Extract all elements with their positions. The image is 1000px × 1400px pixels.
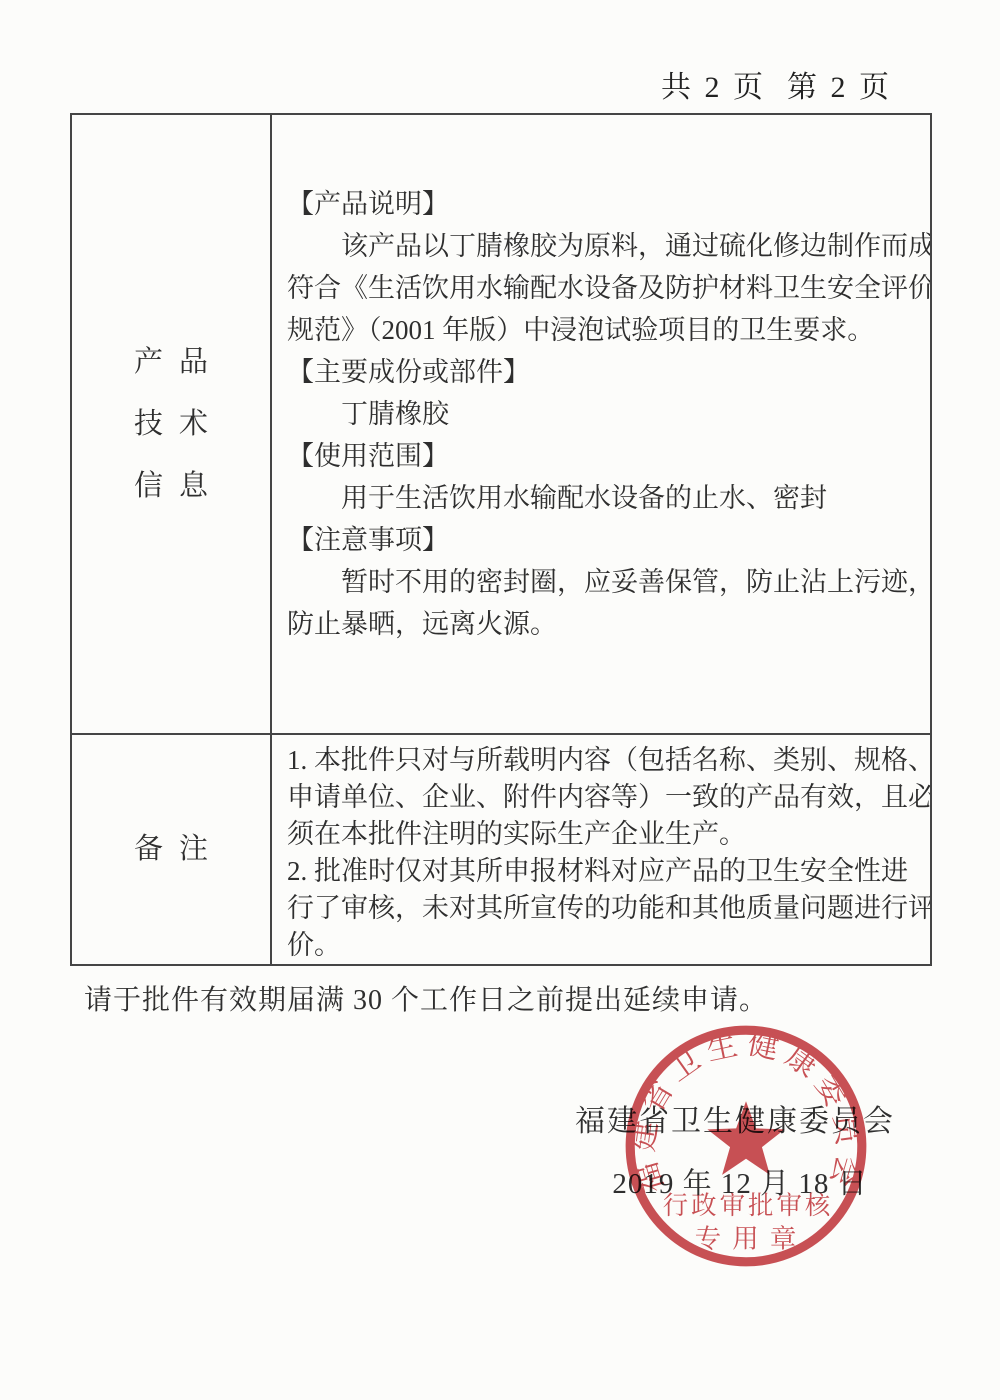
official-seal: 福建省卫生健康委员会 行政审批审核 专用章 xyxy=(618,1018,874,1274)
approval-table: 产品 技术 信息 【产品说明】 该产品以丁腈橡胶为原料，通过硫化修边制作而成， … xyxy=(70,113,932,966)
label-line: 备注 xyxy=(134,835,224,864)
content-line: 用于生活饮用水输配水设备的止水、密封 xyxy=(287,477,924,519)
content-line: 防止暴晒，远离火源。 xyxy=(287,603,924,645)
content-line: 1. 本批件只对与所载明内容（包括名称、类别、规格、 xyxy=(287,742,924,779)
content-line: 丁腈橡胶 xyxy=(287,393,924,435)
product-info-row: 产品 技术 信息 【产品说明】 该产品以丁腈橡胶为原料，通过硫化修边制作而成， … xyxy=(72,115,930,735)
label-line: 产品 xyxy=(134,348,224,377)
renewal-note: 请于批件有效期届满 30 个工作日之前提出延续申请。 xyxy=(84,978,768,1018)
content-line: 2. 批准时仅对其所申报材料对应产品的卫生安全性进 xyxy=(287,853,924,890)
remarks-label: 备注 xyxy=(72,735,272,964)
seal-subtitle-line: 专用章 xyxy=(695,1224,808,1254)
content-line: 规范》（2001 年版）中浸泡试验项目的卫生要求。 xyxy=(287,309,924,351)
content-line: 行了审核，未对其所宣传的功能和其他质量问题进行评 xyxy=(287,890,924,927)
label-line: 技术 xyxy=(134,410,224,439)
content-line: 须在本批件注明的实际生产企业生产。 xyxy=(287,816,924,853)
page-indicator: 共 2 页 第 2 页 xyxy=(661,62,892,106)
product-info-label: 产品 技术 信息 xyxy=(72,115,272,733)
issue-date: 2019 年 12 月 18 日 xyxy=(590,1161,890,1202)
issuer-name: 福建省卫生健康委员会 xyxy=(560,1096,910,1140)
seal-ring xyxy=(630,1030,862,1262)
label-line: 信息 xyxy=(134,472,224,501)
product-info-content: 【产品说明】 该产品以丁腈橡胶为原料，通过硫化修边制作而成， 符合《生活饮用水输… xyxy=(272,115,930,733)
content-line: 【注意事项】 xyxy=(287,519,924,561)
content-line: 申请单位、企业、附件内容等）一致的产品有效，且必 xyxy=(287,779,924,816)
content-line: 该产品以丁腈橡胶为原料，通过硫化修边制作而成， xyxy=(287,225,924,267)
document-page: 共 2 页 第 2 页 产品 技术 信息 【产品说明】 该产品以丁腈橡胶为原料，… xyxy=(0,0,1000,1400)
content-line: 暂时不用的密封圈，应妥善保管，防止沾上污迹， xyxy=(287,561,924,603)
remarks-row: 备注 1. 本批件只对与所载明内容（包括名称、类别、规格、 申请单位、企业、附件… xyxy=(72,735,930,964)
content-line: 【产品说明】 xyxy=(287,183,924,225)
content-line: 价。 xyxy=(287,927,924,964)
content-line: 【使用范围】 xyxy=(287,435,924,477)
remarks-content: 1. 本批件只对与所载明内容（包括名称、类别、规格、 申请单位、企业、附件内容等… xyxy=(272,735,930,964)
content-line: 符合《生活饮用水输配水设备及防护材料卫生安全评价 xyxy=(287,267,924,309)
content-line: 【主要成份或部件】 xyxy=(287,351,924,393)
